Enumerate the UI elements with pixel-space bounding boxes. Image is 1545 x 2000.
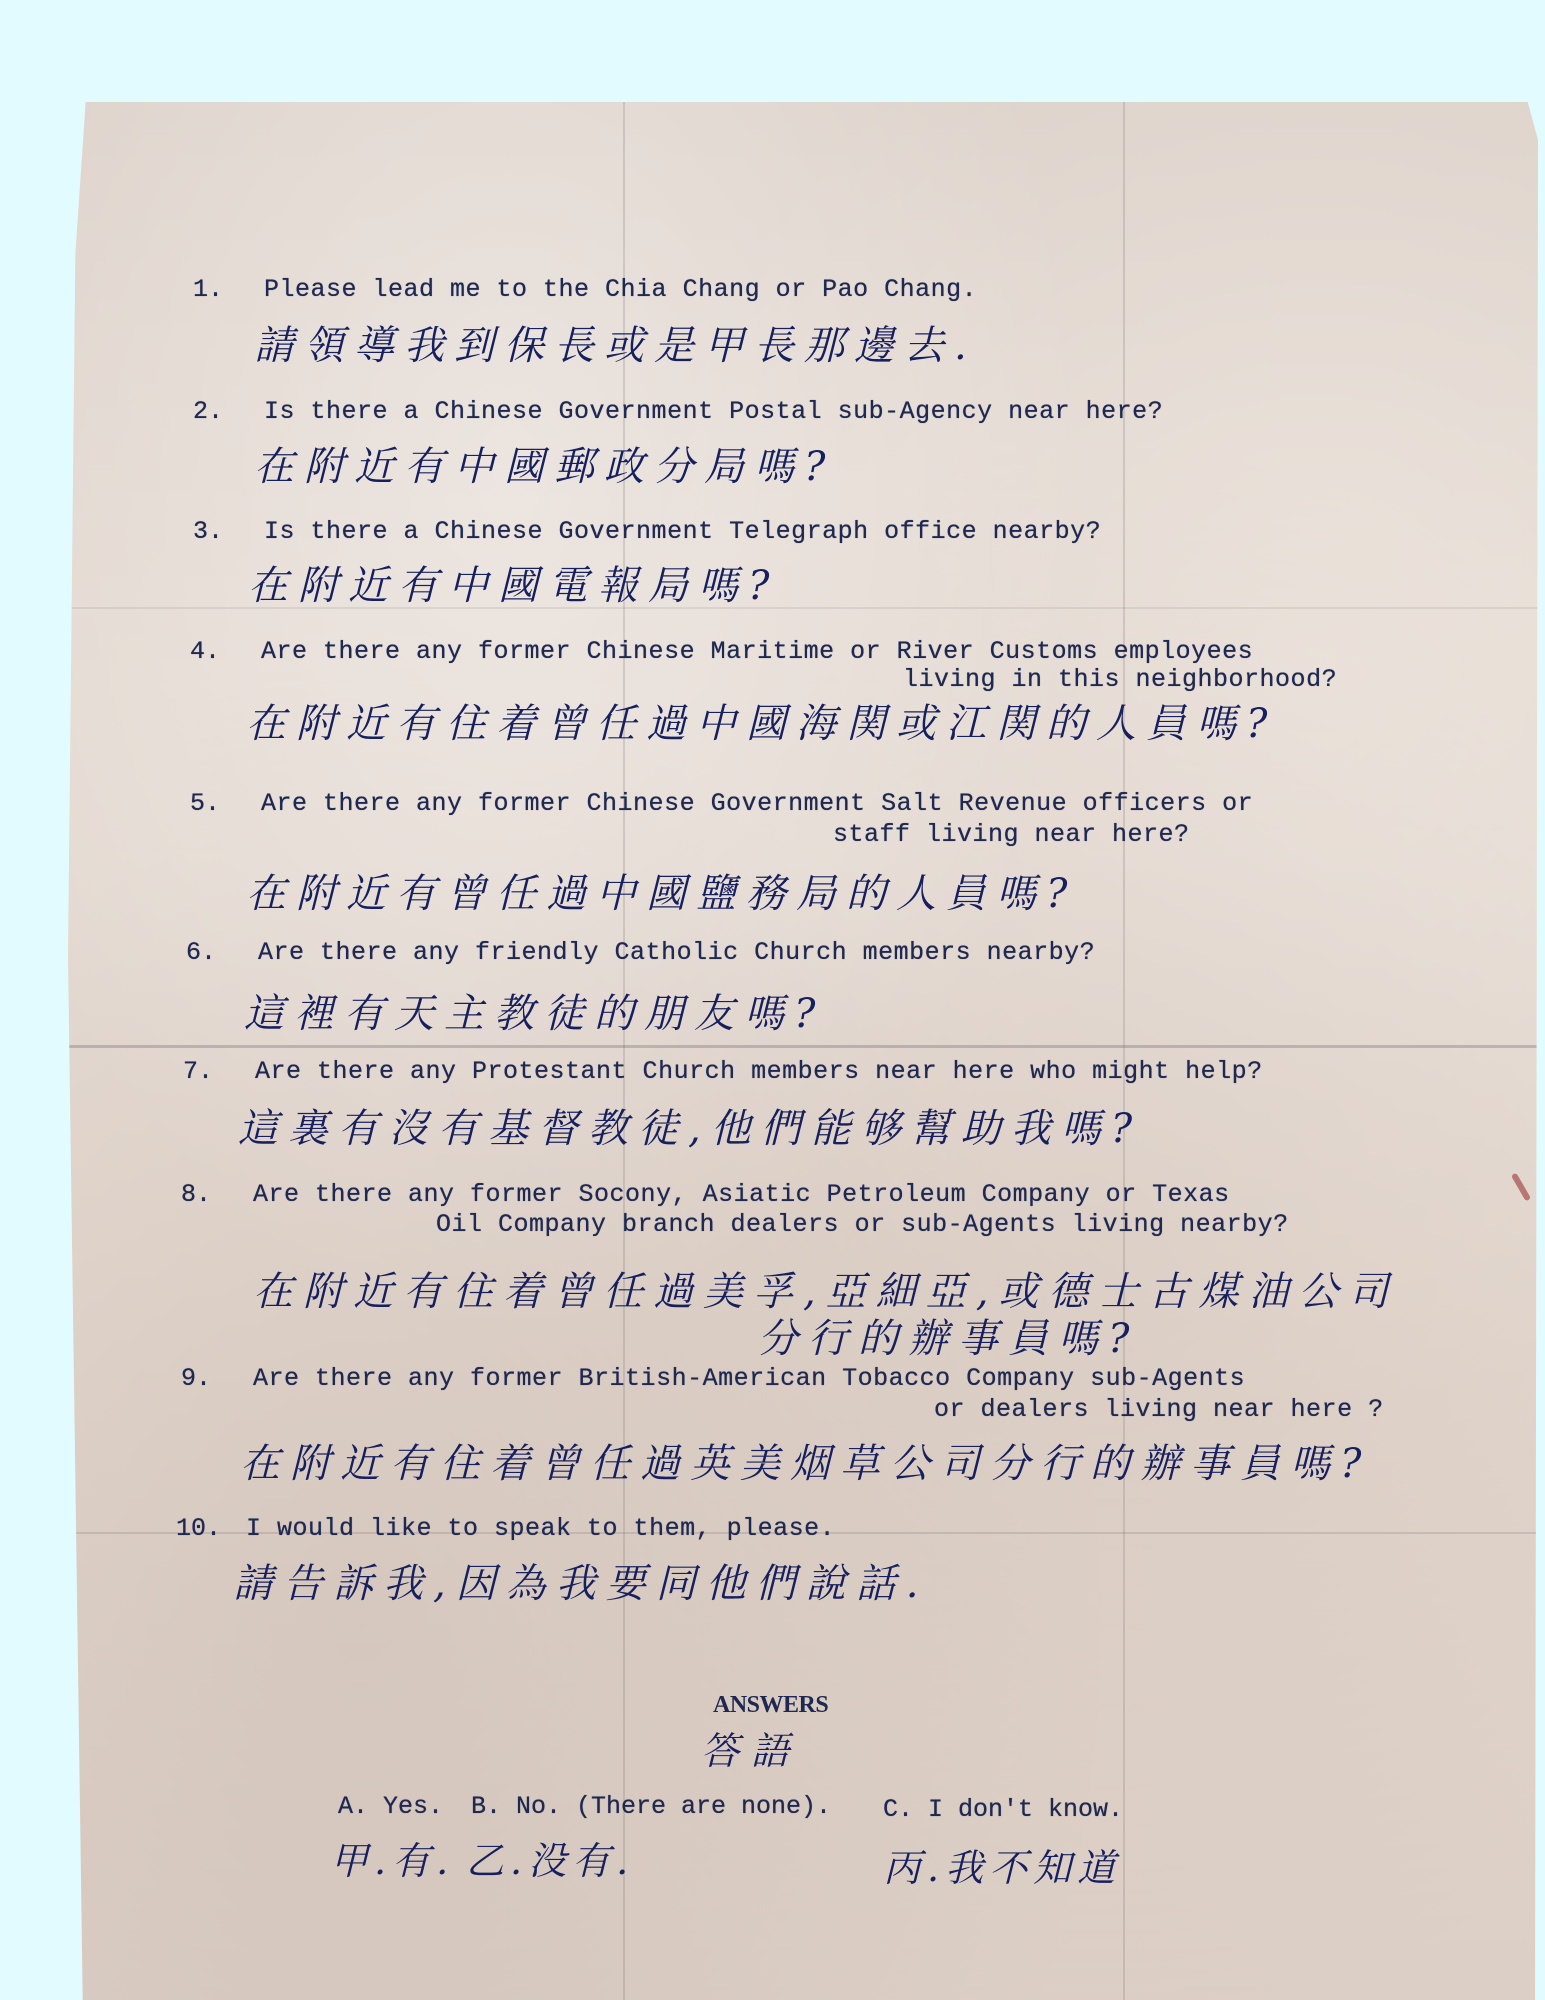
question-english-continued: living in this neighborhood? — [903, 665, 1337, 694]
question-number: 8. — [181, 1180, 211, 1209]
question-english: Are there any Protestant Church members … — [255, 1057, 1263, 1086]
answer-option-a: A. Yes. — [338, 1792, 443, 1821]
answer-option-c: C. I don't know. — [883, 1795, 1123, 1824]
answer-option-b-chinese: 乙.没有. — [466, 1830, 634, 1885]
question-chinese: 在附近有住着曾任過英美烟草公司分行的辦事員嗎? — [240, 1432, 1371, 1489]
question-chinese-continued: 分行的辦事員嗎? — [758, 1307, 1139, 1364]
fold-crease — [623, 102, 625, 2000]
question-english: Is there a Chinese Government Telegraph … — [264, 517, 1101, 546]
fold-crease — [1123, 102, 1125, 2000]
question-english-continued: staff living near here? — [833, 820, 1190, 849]
question-english: Are there any friendly Catholic Church m… — [258, 938, 1095, 967]
question-chinese: 在附近有中國郵政分局嗎? — [254, 435, 835, 492]
question-chinese: 在附近有住着曾任過中國海関或江関的人員嗎? — [246, 692, 1277, 749]
question-number: 4. — [190, 637, 220, 666]
answer-option-c-chinese: 丙.我不知道 — [883, 1837, 1121, 1892]
question-number: 1. — [193, 275, 223, 304]
question-english-continued: or dealers living near here ? — [934, 1395, 1384, 1424]
question-number: 7. — [183, 1057, 213, 1086]
question-english: Are there any former Chinese Maritime or… — [261, 637, 1253, 666]
question-chinese: 這裏有沒有基督教徒,他們能够幫助我嗎? — [238, 1097, 1142, 1154]
question-number: 6. — [186, 938, 216, 967]
answer-option-a-chinese: 甲.有. — [330, 1830, 454, 1885]
question-chinese: 在附近有曾任過中國鹽務局的人員嗎? — [246, 862, 1077, 919]
question-english: Is there a Chinese Government Postal sub… — [264, 397, 1163, 426]
question-number: 9. — [181, 1364, 211, 1393]
question-number: 3. — [193, 517, 223, 546]
question-chinese: 請領導我到保長或是甲長那邊去. — [254, 314, 977, 371]
ink-stain — [1511, 1173, 1531, 1202]
fold-crease — [68, 1045, 1538, 1048]
question-chinese: 這裡有天主教徒的朋友嗎? — [244, 982, 825, 1039]
question-english: I would like to speak to them, please. — [246, 1514, 835, 1543]
answers-title: ANSWERS — [713, 1692, 828, 1719]
question-english-continued: Oil Company branch dealers or sub-Agents… — [436, 1210, 1289, 1239]
answer-option-b: B. No. (There are none). — [471, 1792, 831, 1821]
question-english: Are there any former Socony, Asiatic Pet… — [253, 1180, 1230, 1209]
question-number: 2. — [193, 397, 223, 426]
question-english: Please lead me to the Chia Chang or Pao … — [264, 275, 977, 304]
answers-title-chinese: 答語 — [701, 1720, 801, 1775]
question-english: Are there any former British-American To… — [253, 1364, 1245, 1393]
question-chinese: 請告訴我,因為我要同他們說話. — [233, 1552, 928, 1609]
question-number: 5. — [190, 789, 220, 818]
question-english: Are there any former Chinese Government … — [261, 789, 1253, 818]
paper-sheet: 1. Please lead me to the Chia Chang or P… — [68, 102, 1538, 2000]
question-chinese: 在附近有中國電報局嗎? — [248, 554, 779, 611]
question-number: 10. — [176, 1514, 221, 1543]
